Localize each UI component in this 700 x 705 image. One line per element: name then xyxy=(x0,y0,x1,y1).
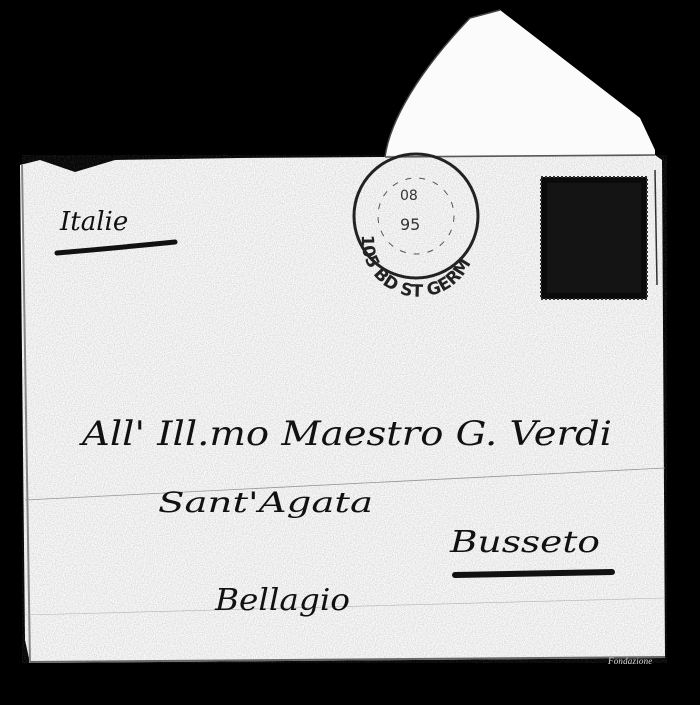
destination-country: Italie xyxy=(59,207,128,237)
address-line-1: All' Ill.mo Maestro G. Verdi xyxy=(79,414,612,454)
postmark-date: 95 xyxy=(400,215,420,234)
archive-watermark: Fondazione xyxy=(608,656,653,666)
postage-stamp xyxy=(541,177,647,299)
envelope-flap xyxy=(385,10,655,157)
address-line-3: Busseto xyxy=(449,525,600,560)
postmark-top: 08 xyxy=(400,188,418,204)
other-writing: Bellagio xyxy=(214,583,350,618)
address-line-2: Sant'Agata xyxy=(158,486,373,519)
underline-city xyxy=(455,572,612,575)
envelope-scan: 08 95 105 BD ST GERM Italie All' Ill.mo … xyxy=(0,0,700,705)
